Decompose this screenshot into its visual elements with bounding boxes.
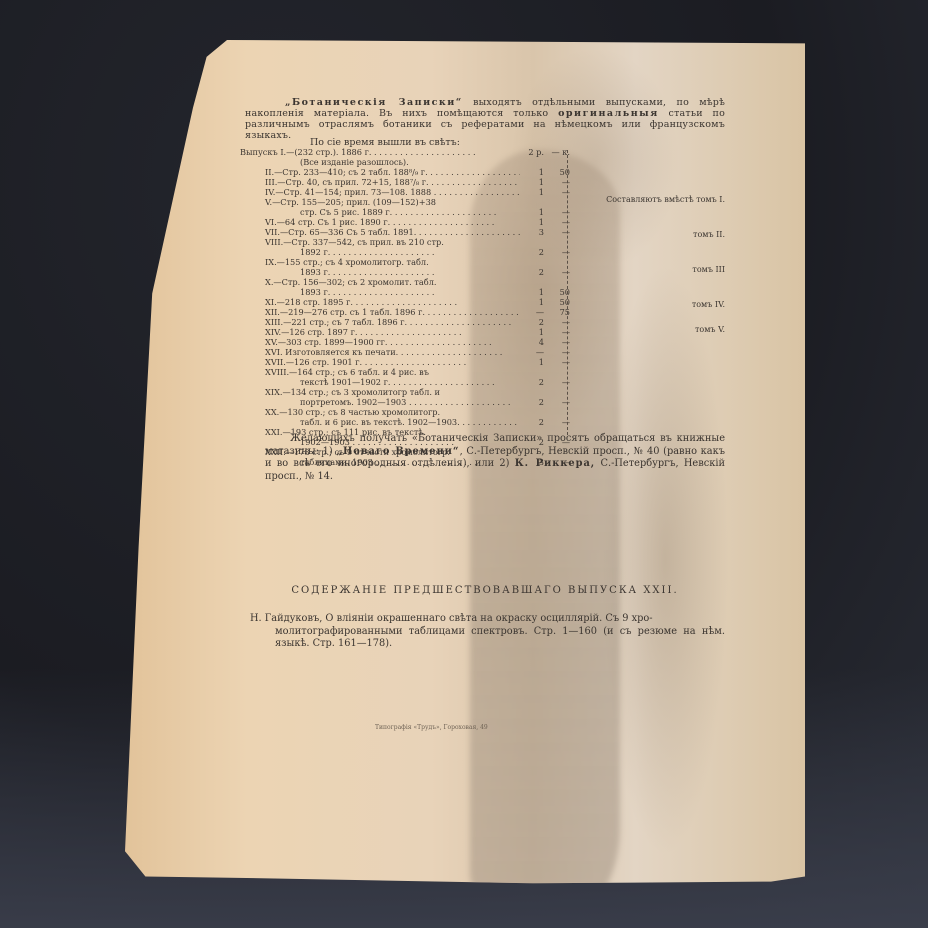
printer-imprint: Типографія «Трудъ», Гороховая, 49	[375, 724, 488, 731]
issue-description: III.—Стр. 40, съ прил. 72+15, 188⁷/₈ г. …	[240, 177, 520, 187]
issue-description: табл. и 6 рис. въ текстѣ. 1902—1903. . .…	[240, 417, 520, 427]
issue-row: XIX.—134 стр.; съ 3 хромолитогр табл. и	[240, 387, 570, 397]
issue-description: (Все изданіе разошлось).	[240, 157, 520, 167]
volume-label: томъ V.	[695, 325, 725, 334]
issue-description: 1892 г. . . . . . . . . . . . . . . . . …	[240, 247, 520, 257]
issue-price-rubles	[520, 367, 544, 377]
issue-price-rubles: 1	[520, 207, 544, 217]
issue-row: текстѣ 1901—1902 г. . . . . . . . . . . …	[240, 377, 570, 387]
issue-price-rubles: 1	[520, 327, 544, 337]
issue-row: XVI. Изготовляется къ печати. . . . . . …	[240, 347, 570, 357]
issue-row: X.—Стр. 156—302; съ 2 хромолит. табл.	[240, 277, 570, 287]
issue-description: VII.—Стр. 65—336 Съ 5 табл. 1891. . . . …	[240, 227, 520, 237]
intro-paragraph: „Ботаническія Записки“ выходятъ отдѣльны…	[245, 97, 725, 141]
issue-price-rubles: 2	[520, 397, 544, 407]
issue-description: VIII.—Стр. 337—542, съ прил. въ 210 стр.	[240, 237, 520, 247]
issue-row: IX.—155 стр.; съ 4 хромолитогр. табл.	[240, 257, 570, 267]
issue-description: XIII.—221 стр.; съ 7 табл. 1896 г. . . .…	[240, 317, 520, 327]
issue-row: XVII.—126 стр. 1901 г. . . . . . . . . .…	[240, 357, 570, 367]
issue-description: портретомъ. 1902—1903 . . . . . . . . . …	[240, 397, 520, 407]
issue-row: 1893 г. . . . . . . . . . . . . . . . . …	[240, 287, 570, 297]
issue-price-rubles: 1	[520, 357, 544, 367]
contents-entry: Н. Гайдуковъ, О вліяніи окрашеннаго свѣт…	[250, 613, 725, 651]
issue-price-rubles: 1	[520, 297, 544, 307]
journal-title: „Ботаническія Записки“	[285, 97, 463, 108]
issue-price-rubles: 1	[520, 217, 544, 227]
issue-price-rubles: 1	[520, 187, 544, 197]
issue-price-rubles: 1	[520, 287, 544, 297]
issue-price-rubles: 2 р.	[520, 147, 544, 157]
issue-price-rubles: 2	[520, 317, 544, 327]
printed-page: „Ботаническія Записки“ выходятъ отдѣльны…	[125, 40, 805, 885]
issue-description: XI.—218 стр. 1895 г. . . . . . . . . . .…	[240, 297, 520, 307]
volume-label: томъ IV.	[692, 300, 725, 309]
issue-row: XV.—303 стр. 1899—1900 гг. . . . . . . .…	[240, 337, 570, 347]
issue-description: Выпускъ I.—(232 стр.). 1886 г. . . . . .…	[240, 147, 520, 157]
issue-description: IX.—155 стр.; съ 4 хромолитогр. табл.	[240, 257, 520, 267]
issue-description: IV.—Стр. 41—154; прил. 73—108. 1888 . . …	[240, 187, 520, 197]
purchase-paragraph: Желающихъ получать «Ботаническія Записки…	[265, 433, 725, 483]
issue-row: III.—Стр. 40, съ прил. 72+15, 188⁷/₈ г. …	[240, 177, 570, 187]
issue-price-rubles: —	[520, 347, 544, 357]
issue-price-rubles: 4	[520, 337, 544, 347]
issue-price-rubles	[520, 407, 544, 417]
bracket-divider	[567, 150, 568, 435]
issue-price-rubles: 1	[520, 167, 544, 177]
issue-price-rubles: 2	[520, 247, 544, 257]
issue-row: IV.—Стр. 41—154; прил. 73—108. 1888 . . …	[240, 187, 570, 197]
issue-row: XIV.—126 стр. 1897 г. . . . . . . . . . …	[240, 327, 570, 337]
issue-price-rubles	[520, 237, 544, 247]
issue-row: XII.—219—276 стр. съ 1 табл. 1896 г. . .…	[240, 307, 570, 317]
volume-label: Составляютъ вмѣстѣ томъ I.	[606, 195, 725, 204]
issue-row: VII.—Стр. 65—336 Съ 5 табл. 1891. . . . …	[240, 227, 570, 237]
issue-description: XV.—303 стр. 1899—1900 гг. . . . . . . .…	[240, 337, 520, 347]
issue-row: портретомъ. 1902—1903 . . . . . . . . . …	[240, 397, 570, 407]
issue-price-rubles	[520, 257, 544, 267]
issue-row: Выпускъ I.—(232 стр.). 1886 г. . . . . .…	[240, 147, 570, 157]
issue-row: II.—Стр. 233—410; съ 2 табл. 188⁸/₉ г. .…	[240, 167, 570, 177]
store-rikkera: К. Риккера,	[515, 458, 596, 469]
issue-row: стр. Съ 5 рис. 1889 г. . . . . . . . . .…	[240, 207, 570, 217]
issue-price-rubles	[520, 157, 544, 167]
issue-description: XVI. Изготовляется къ печати. . . . . . …	[240, 347, 520, 357]
issue-description: XII.—219—276 стр. съ 1 табл. 1896 г. . .…	[240, 307, 520, 317]
issue-description: XIV.—126 стр. 1897 г. . . . . . . . . . …	[240, 327, 520, 337]
issue-description: XVIII.—164 стр.; съ 6 табл. и 4 рис. въ	[240, 367, 520, 377]
issues-list: Выпускъ I.—(232 стр.). 1886 г. . . . . .…	[240, 147, 570, 467]
issue-price-rubles	[520, 387, 544, 397]
issue-row: V.—Стр. 155—205; прил. (109—152)+38	[240, 197, 570, 207]
issue-description: VI.—64 стр. Съ 1 рис. 1890 г. . . . . . …	[240, 217, 520, 227]
issue-description: стр. Съ 5 рис. 1889 г. . . . . . . . . .…	[240, 207, 520, 217]
issue-description: XIX.—134 стр.; съ 3 хромолитогр табл. и	[240, 387, 520, 397]
issue-row: 1892 г. . . . . . . . . . . . . . . . . …	[240, 247, 570, 257]
issue-description: XX.—130 стр.; съ 8 частью хромолитогр.	[240, 407, 520, 417]
issue-description: II.—Стр. 233—410; съ 2 табл. 188⁸/₉ г. .…	[240, 167, 520, 177]
issue-description: текстѣ 1901—1902 г. . . . . . . . . . . …	[240, 377, 520, 387]
volume-label: томъ II.	[693, 230, 725, 239]
issue-row: (Все изданіе разошлось).	[240, 157, 570, 167]
contents-title: СОДЕРЖАНІЕ ПРЕДШЕСТВОВАВШАГО ВЫПУСКА XXI…	[260, 585, 710, 596]
issue-row: табл. и 6 рис. въ текстѣ. 1902—1903. . .…	[240, 417, 570, 427]
issue-row: XVIII.—164 стр.; съ 6 табл. и 4 рис. въ	[240, 367, 570, 377]
issue-description: V.—Стр. 155—205; прил. (109—152)+38	[240, 197, 520, 207]
issue-price-rubles: 3	[520, 227, 544, 237]
issue-price-rubles: 2	[520, 417, 544, 427]
issue-price-rubles	[520, 197, 544, 207]
issue-price-rubles	[520, 277, 544, 287]
store-novago-vremeni: „Новаго Времени“	[336, 446, 459, 457]
issue-row: VI.—64 стр. Съ 1 рис. 1890 г. . . . . . …	[240, 217, 570, 227]
issue-row: XIII.—221 стр.; съ 7 табл. 1896 г. . . .…	[240, 317, 570, 327]
issue-price-rubles: 2	[520, 267, 544, 277]
issue-description: X.—Стр. 156—302; съ 2 хромолит. табл.	[240, 277, 520, 287]
issue-row: VIII.—Стр. 337—542, съ прил. въ 210 стр.	[240, 237, 570, 247]
issue-description: XVII.—126 стр. 1901 г. . . . . . . . . .…	[240, 357, 520, 367]
issue-price-rubles: —	[520, 307, 544, 317]
volume-label: томъ III	[692, 265, 725, 274]
issue-row: XI.—218 стр. 1895 г. . . . . . . . . . .…	[240, 297, 570, 307]
issue-description: 1893 г. . . . . . . . . . . . . . . . . …	[240, 267, 520, 277]
issue-row: XX.—130 стр.; съ 8 частью хромолитогр.	[240, 407, 570, 417]
issue-description: 1893 г. . . . . . . . . . . . . . . . . …	[240, 287, 520, 297]
issue-row: 1893 г. . . . . . . . . . . . . . . . . …	[240, 267, 570, 277]
issue-price-rubles: 2	[520, 377, 544, 387]
issue-price-rubles: 1	[520, 177, 544, 187]
